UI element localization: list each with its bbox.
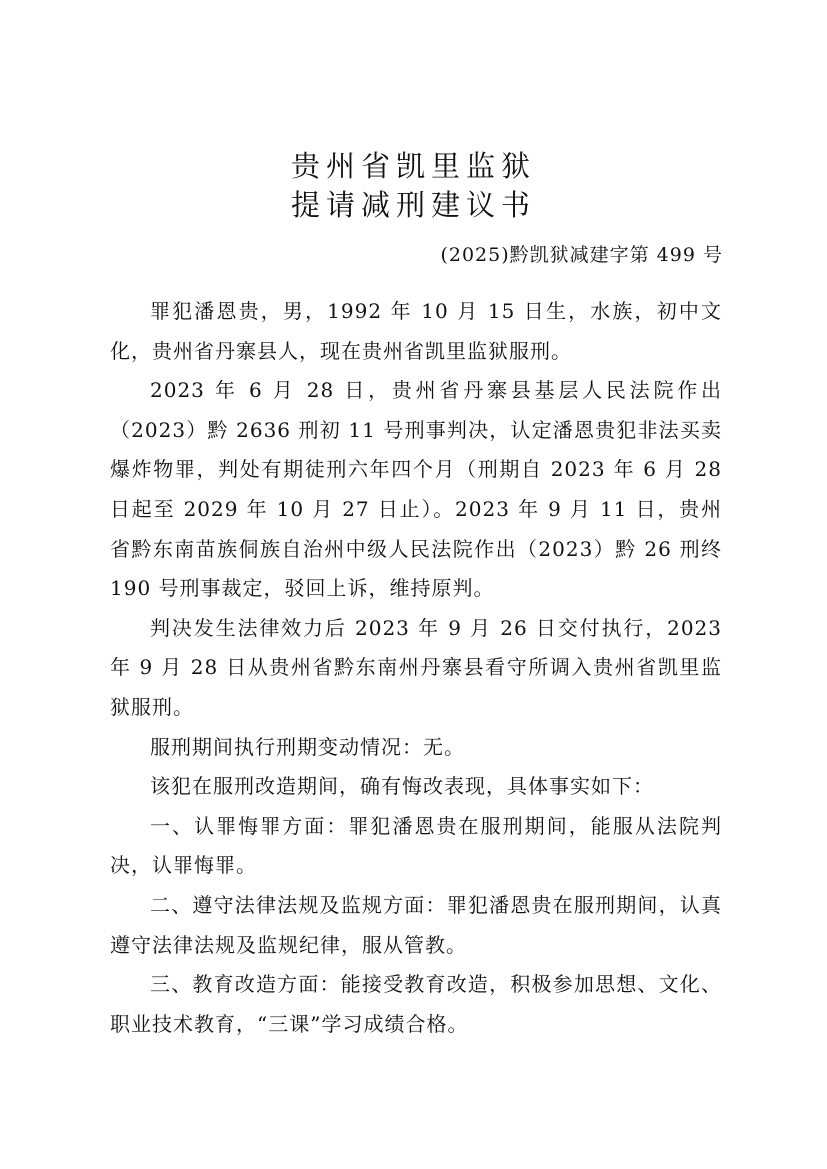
document-page: 贵州省凯里监狱 提请减刑建议书 (2025)黔凯狱减建字第 499 号 罪犯潘恩… [0, 0, 827, 1169]
paragraph-repentance-intro: 该犯在服刑改造期间，确有悔改表现，具体事实如下： [110, 767, 722, 807]
paragraph-execution: 判决发生法律效力后 2023 年 9 月 26 日交付执行，2023 年 9 月… [110, 609, 722, 728]
paragraph-point-2: 二、遵守法律法规及监规方面：罪犯潘恩贵在服刑期间，认真遵守法律法规及监规纪律，服… [110, 886, 722, 965]
paragraph-sentence-changes: 服刑期间执行刑期变动情况：无。 [110, 728, 722, 768]
document-title-line1: 贵州省凯里监狱 [0, 146, 827, 186]
paragraph-judgment: 2023 年 6 月 28 日，贵州省丹寨县基层人民法院作出（2023）黔 26… [110, 371, 722, 609]
document-title-line2: 提请减刑建议书 [0, 185, 827, 225]
paragraph-criminal-info: 罪犯潘恩贵，男，1992 年 10 月 15 日生，水族，初中文化，贵州省丹寨县… [110, 292, 722, 371]
document-body: 罪犯潘恩贵，男，1992 年 10 月 15 日生，水族，初中文化，贵州省丹寨县… [110, 292, 722, 1044]
paragraph-point-3: 三、教育改造方面：能接受教育改造，积极参加思想、文化、职业技术教育，“三课”学习… [110, 965, 722, 1044]
document-number: (2025)黔凯狱减建字第 499 号 [440, 240, 723, 270]
paragraph-point-1: 一、认罪悔罪方面：罪犯潘恩贵在服刑期间，能服从法院判决，认罪悔罪。 [110, 807, 722, 886]
